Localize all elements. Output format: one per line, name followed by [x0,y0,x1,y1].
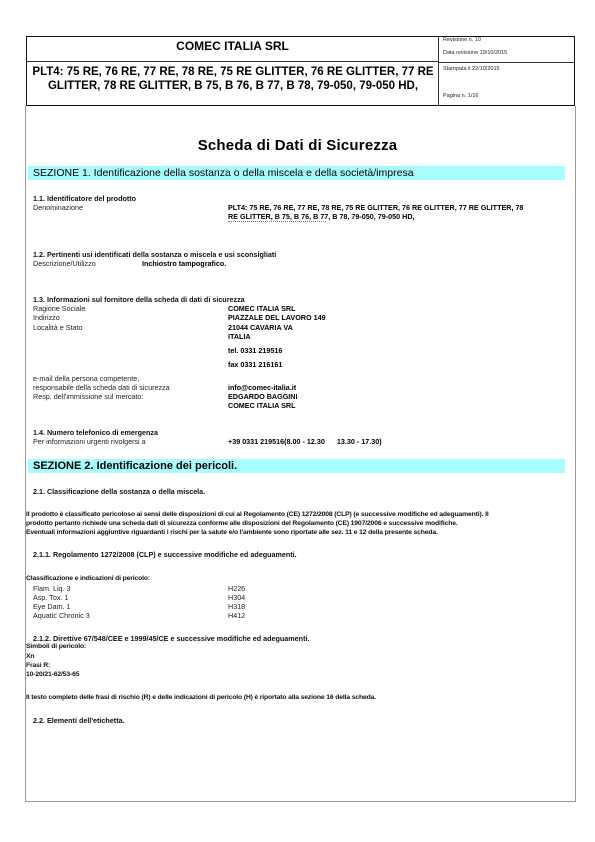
country-value: ITALIA [228,332,251,341]
hazard-code-3: H318 [228,602,245,611]
market-responsible-company: COMEC ITALIA SRL [228,401,295,410]
usage-value: Inchiostro tampografico. [142,259,226,268]
fax-value: fax 0331 216161 [228,360,282,369]
hazard-code-1: H226 [228,584,245,593]
hazard-class-1: Flam. Liq. 3 [33,584,71,593]
full-text-note: Il testo completo delle frasi di rischio… [26,694,376,701]
hazard-code-2: H304 [228,593,245,602]
denomination-label: Denominazione [33,203,83,212]
header-product: PLT4: 75 RE, 76 RE, 77 RE, 78 RE, 75 RE … [31,65,435,93]
subsection-1-1-title: 1.1. Identificatore del prodotto [33,194,136,203]
header-left: COMEC ITALIA SRL PLT4: 75 RE, 76 RE, 77 … [27,37,439,105]
subsection-2-1-title: 2.1. Classificazione della sostanza o de… [33,487,205,496]
classification-paragraph-2: prodotto pertanto richiede una scheda da… [26,520,458,527]
market-responsible-label: Resp. dell'immissione sul mercato: [33,392,143,401]
document-header: COMEC ITALIA SRL PLT4: 75 RE, 76 RE, 77 … [26,36,575,106]
subsection-2-1-2-title: 2.1.2. Direttive 67/548/CEE e 1999/45/CE… [33,634,309,643]
header-company: COMEC ITALIA SRL [27,37,438,62]
emergency-label: Per informazioni urgenti rivolgersi a [33,437,146,446]
subsection-1-3-title: 1.3. Informazioni sul fornitore della sc… [33,295,245,304]
market-responsible-name: EDGARDO BAGGINI [228,392,297,401]
email-label-1: e-mail della persona competente, [33,374,139,383]
section-1-heading: SEZIONE 1. Identificazione della sostanz… [28,166,565,180]
section-1-title: SEZIONE 1. Identificazione della sostanz… [33,167,414,179]
hazard-code-4: H412 [228,611,245,620]
email-link[interactable]: info@comec-italia.it [228,383,296,392]
hazard-class-3: Eye Dam. 1 [33,602,71,611]
hazard-class-4: Aquatic Chronic 3 [33,611,90,620]
address-value: PIAZZALE DEL LAVORO 149 [228,313,326,322]
email-label-2: responsabile della scheda dati di sicure… [33,383,170,392]
subsection-1-4-title: 1.4. Numero telefonico di emergenza [33,428,158,437]
address-label: Indirizzo [33,313,60,322]
section-2-heading: SEZIONE 2. Identificazione dei pericoli. [28,459,565,473]
usage-label: Descrizione/Utilizzo [33,259,96,268]
page-number: Pagina n. 1/16 [443,93,478,99]
header-meta: Revisione n. 10 Data revisione 19/10/201… [439,37,574,105]
denomination-underline [228,221,326,222]
subsection-2-2-title: 2.2. Elementi dell'etichetta. [33,716,125,725]
hazard-class-2: Asp. Tox. 1 [33,593,68,602]
hazard-symbols-label: Simboli di pericolo: [26,643,86,650]
r-phrases-label: Frasi R: [26,662,50,669]
company-name-value: COMEC ITALIA SRL [228,304,295,313]
print-date: Stampata il 22/10/2015 [443,66,500,72]
document-title: Scheda di Dati di Sicurezza [0,137,595,154]
company-name-label: Ragione Sociale [33,304,85,313]
emergency-phone: +39 0331 219516(8.00 - 12.30 13.30 - 17.… [228,437,382,446]
r-phrases-value: 10-20/21-62/53-65 [26,671,79,678]
phone-value: tel. 0331 219516 [228,346,282,355]
hazard-classification-label: Classificazione e indicazioni di pericol… [26,575,150,582]
classification-paragraph-1: Il prodotto è classificato pericoloso ai… [26,511,489,518]
hazard-symbols-value: Xn [26,653,34,660]
revision-date: Data revisione 19/10/2015 [443,50,507,56]
revision-number: Revisione n. 10 [443,37,481,43]
location-label: Località e Stato [33,323,83,332]
denomination-value-2: RE GLITTER, B 75, B 76, B 77, B 78, 79-0… [228,212,415,221]
header-divider [439,62,574,63]
subsection-2-1-1-title: 2.1.1. Regolamento 1272/2008 (CLP) e suc… [33,550,297,559]
location-value: 21044 CAVARIA VA [228,323,293,332]
subsection-1-2-title: 1.2. Pertinenti usi identificati della s… [33,250,276,259]
classification-paragraph-3: Eventuali informazioni aggiuntive riguar… [26,529,438,536]
section-2-title: SEZIONE 2. Identificazione dei pericoli. [33,460,237,472]
denomination-value-1: PLT4: 75 RE, 76 RE, 77 RE, 78 RE, 75 RE … [228,203,523,212]
